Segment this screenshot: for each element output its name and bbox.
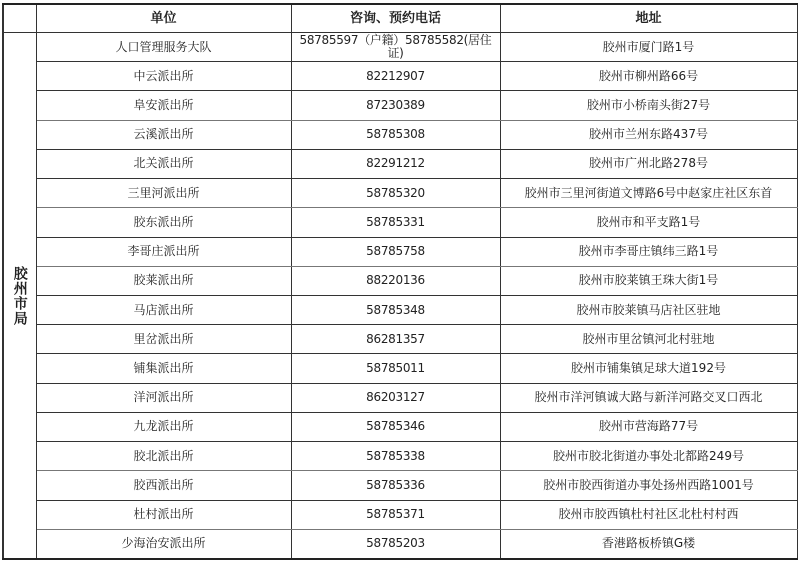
- address-cell: 胶州市洋河镇诚大路与新洋河路交叉口西北: [500, 383, 797, 412]
- phone-cell: 58785011: [291, 354, 500, 383]
- phone-cell: 58785597（户籍）58785582(居住证): [291, 33, 500, 62]
- address-cell: 胶州市铺集镇足球大道192号: [500, 354, 797, 383]
- address-cell: 胶州市里岔镇河北村驻地: [500, 325, 797, 354]
- table-row: 云溪派出所 58785308 胶州市兰州东路437号: [3, 120, 797, 149]
- header-unit: 单位: [36, 4, 291, 33]
- phone-cell: 58785320: [291, 179, 500, 208]
- unit-cell: 洋河派出所: [36, 383, 291, 412]
- address-cell: 胶州市胶莱镇王珠大街1号: [500, 266, 797, 295]
- table-row: 胶北派出所 58785338 胶州市胶北街道办事处北都路249号: [3, 442, 797, 471]
- address-cell: 胶州市胶西镇杜村社区北杜村村西: [500, 500, 797, 529]
- police-station-directory-table: 单位 咨询、预约电话 地址 胶州市局 人口管理服务大队 58785597（户籍）…: [2, 3, 798, 560]
- unit-cell: 杜村派出所: [36, 500, 291, 529]
- unit-cell: 九龙派出所: [36, 412, 291, 441]
- address-cell: 胶州市李哥庄镇纬三路1号: [500, 237, 797, 266]
- address-cell: 胶州市兰州东路437号: [500, 120, 797, 149]
- unit-cell: 少海治安派出所: [36, 529, 291, 559]
- phone-cell: 82291212: [291, 149, 500, 178]
- region-label: 胶州市局: [11, 266, 29, 326]
- region-cell: 胶州市局: [3, 33, 36, 560]
- table-row: 胶东派出所 58785331 胶州市和平支路1号: [3, 208, 797, 237]
- table-row: 北关派出所 82291212 胶州市广州北路278号: [3, 149, 797, 178]
- table-row: 九龙派出所 58785346 胶州市营海路77号: [3, 412, 797, 441]
- table-row: 李哥庄派出所 58785758 胶州市李哥庄镇纬三路1号: [3, 237, 797, 266]
- table-row: 三里河派出所 58785320 胶州市三里河街道文博路6号中赵家庄社区东首: [3, 179, 797, 208]
- table-row: 胶西派出所 58785336 胶州市胶西街道办事处扬州西路1001号: [3, 471, 797, 500]
- table-row: 胶州市局 人口管理服务大队 58785597（户籍）58785582(居住证) …: [3, 33, 797, 62]
- unit-cell: 云溪派出所: [36, 120, 291, 149]
- address-cell: 胶州市厦门路1号: [500, 33, 797, 62]
- phone-cell: 58785331: [291, 208, 500, 237]
- phone-cell: 58785336: [291, 471, 500, 500]
- phone-cell: 82212907: [291, 62, 500, 91]
- table-row: 马店派出所 58785348 胶州市胶莱镇马店社区驻地: [3, 295, 797, 324]
- header-row: 单位 咨询、预约电话 地址: [3, 4, 797, 33]
- table-row: 阜安派出所 87230389 胶州市小桥南头街27号: [3, 91, 797, 120]
- unit-cell: 铺集派出所: [36, 354, 291, 383]
- phone-cell: 86203127: [291, 383, 500, 412]
- phone-cell: 58785308: [291, 120, 500, 149]
- phone-cell: 58785371: [291, 500, 500, 529]
- table-row: 中云派出所 82212907 胶州市柳州路66号: [3, 62, 797, 91]
- phone-cell: 88220136: [291, 266, 500, 295]
- unit-cell: 胶北派出所: [36, 442, 291, 471]
- header-region: [3, 4, 36, 33]
- phone-cell: 58785338: [291, 442, 500, 471]
- address-cell: 香港路板桥镇G楼: [500, 529, 797, 559]
- unit-cell: 胶莱派出所: [36, 266, 291, 295]
- address-cell: 胶州市小桥南头街27号: [500, 91, 797, 120]
- table-row: 少海治安派出所 58785203 香港路板桥镇G楼: [3, 529, 797, 559]
- address-cell: 胶州市胶西街道办事处扬州西路1001号: [500, 471, 797, 500]
- address-cell: 胶州市柳州路66号: [500, 62, 797, 91]
- phone-cell: 58785348: [291, 295, 500, 324]
- header-address: 地址: [500, 4, 797, 33]
- address-cell: 胶州市营海路77号: [500, 412, 797, 441]
- header-phone: 咨询、预约电话: [291, 4, 500, 33]
- unit-cell: 马店派出所: [36, 295, 291, 324]
- address-cell: 胶州市广州北路278号: [500, 149, 797, 178]
- address-cell: 胶州市胶莱镇马店社区驻地: [500, 295, 797, 324]
- address-cell: 胶州市和平支路1号: [500, 208, 797, 237]
- phone-cell: 58785758: [291, 237, 500, 266]
- unit-cell: 胶东派出所: [36, 208, 291, 237]
- table-row: 铺集派出所 58785011 胶州市铺集镇足球大道192号: [3, 354, 797, 383]
- unit-cell: 胶西派出所: [36, 471, 291, 500]
- unit-cell: 三里河派出所: [36, 179, 291, 208]
- phone-cell: 87230389: [291, 91, 500, 120]
- unit-cell: 里岔派出所: [36, 325, 291, 354]
- table-row: 里岔派出所 86281357 胶州市里岔镇河北村驻地: [3, 325, 797, 354]
- unit-cell: 李哥庄派出所: [36, 237, 291, 266]
- unit-cell: 人口管理服务大队: [36, 33, 291, 62]
- unit-cell: 中云派出所: [36, 62, 291, 91]
- table-row: 胶莱派出所 88220136 胶州市胶莱镇王珠大街1号: [3, 266, 797, 295]
- phone-cell: 58785346: [291, 412, 500, 441]
- table-row: 杜村派出所 58785371 胶州市胶西镇杜村社区北杜村村西: [3, 500, 797, 529]
- address-cell: 胶州市三里河街道文博路6号中赵家庄社区东首: [500, 179, 797, 208]
- table-row: 洋河派出所 86203127 胶州市洋河镇诚大路与新洋河路交叉口西北: [3, 383, 797, 412]
- address-cell: 胶州市胶北街道办事处北都路249号: [500, 442, 797, 471]
- phone-cell: 58785203: [291, 529, 500, 559]
- phone-cell: 86281357: [291, 325, 500, 354]
- unit-cell: 阜安派出所: [36, 91, 291, 120]
- unit-cell: 北关派出所: [36, 149, 291, 178]
